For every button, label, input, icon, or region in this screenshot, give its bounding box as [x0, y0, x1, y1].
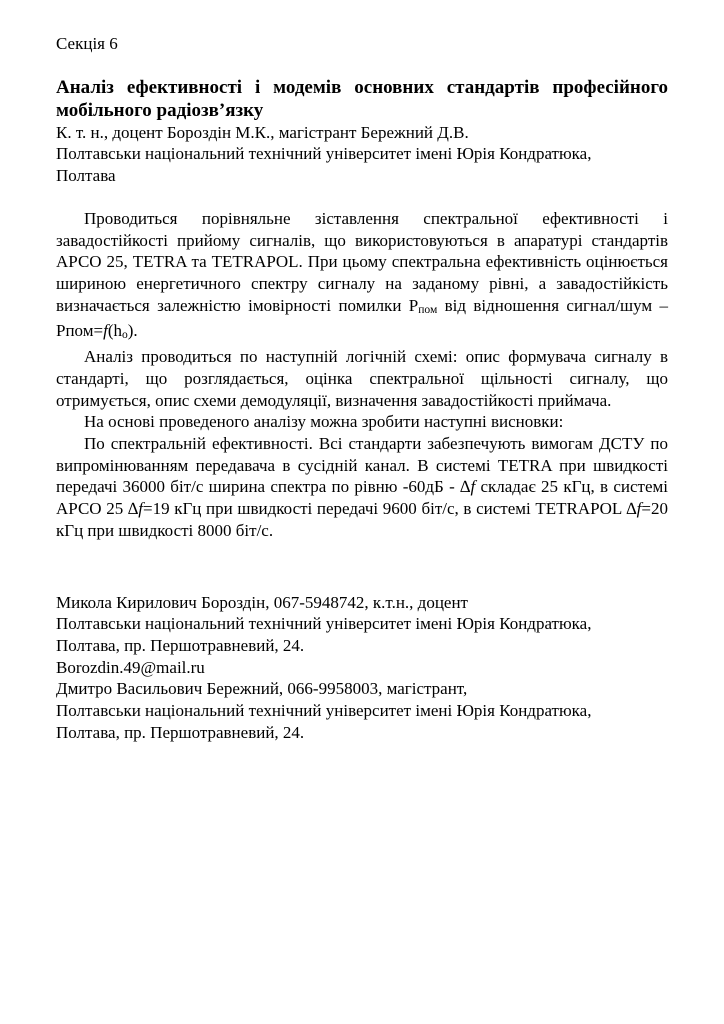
document-page: { "header": { "section_label": "Секція 6…	[0, 0, 724, 1024]
paragraph: Аналіз проводиться по наступній логічній…	[56, 346, 668, 411]
contact-line: Полтава, пр. Першотравневий, 24.	[56, 722, 668, 744]
contact-line: Borozdin.49@mail.ru	[56, 657, 668, 679]
contact-line: Полтавськи національний технічний універ…	[56, 613, 668, 635]
subscript-text: пом	[418, 303, 437, 316]
text-run: Аналіз проводиться по наступній логічній…	[56, 347, 668, 409]
paper-title: Аналіз ефективності і модемів основних с…	[56, 76, 668, 122]
affiliation-line: Полтавськи національний технічний універ…	[56, 143, 668, 165]
paragraph: Проводиться порівняльне зіставлення спек…	[56, 208, 668, 346]
contact-block: Микола Кирилович Бороздін, 067-5948742, …	[56, 592, 668, 744]
text-run: (h	[108, 321, 122, 340]
authors-line: К. т. н., доцент Бороздін М.К., магістра…	[56, 122, 668, 144]
abstract: Проводиться порівняльне зіставлення спек…	[56, 208, 668, 542]
contact-line: Полтавськи національний технічний універ…	[56, 700, 668, 722]
contact-line: Дмитро Васильович Бережний, 066-9958003,…	[56, 678, 668, 700]
text-run: =19 кГц при швидкості передачі 9600 біт/…	[143, 499, 637, 518]
contact-line: Полтава, пр. Першотравневий, 24.	[56, 635, 668, 657]
section-label: Секція 6	[56, 33, 668, 55]
page-content: Секція 6 Аналіз ефективності і модемів о…	[56, 33, 668, 743]
contact-line: Микола Кирилович Бороздін, 067-5948742, …	[56, 592, 668, 614]
paragraph: На основі проведеного аналізу можна зроб…	[56, 411, 668, 433]
text-run: ).	[128, 321, 138, 340]
city-line: Полтава	[56, 165, 668, 187]
text-run: На основі проведеного аналізу можна зроб…	[84, 412, 563, 431]
paragraph: По спектральній ефективності. Всі станда…	[56, 433, 668, 542]
